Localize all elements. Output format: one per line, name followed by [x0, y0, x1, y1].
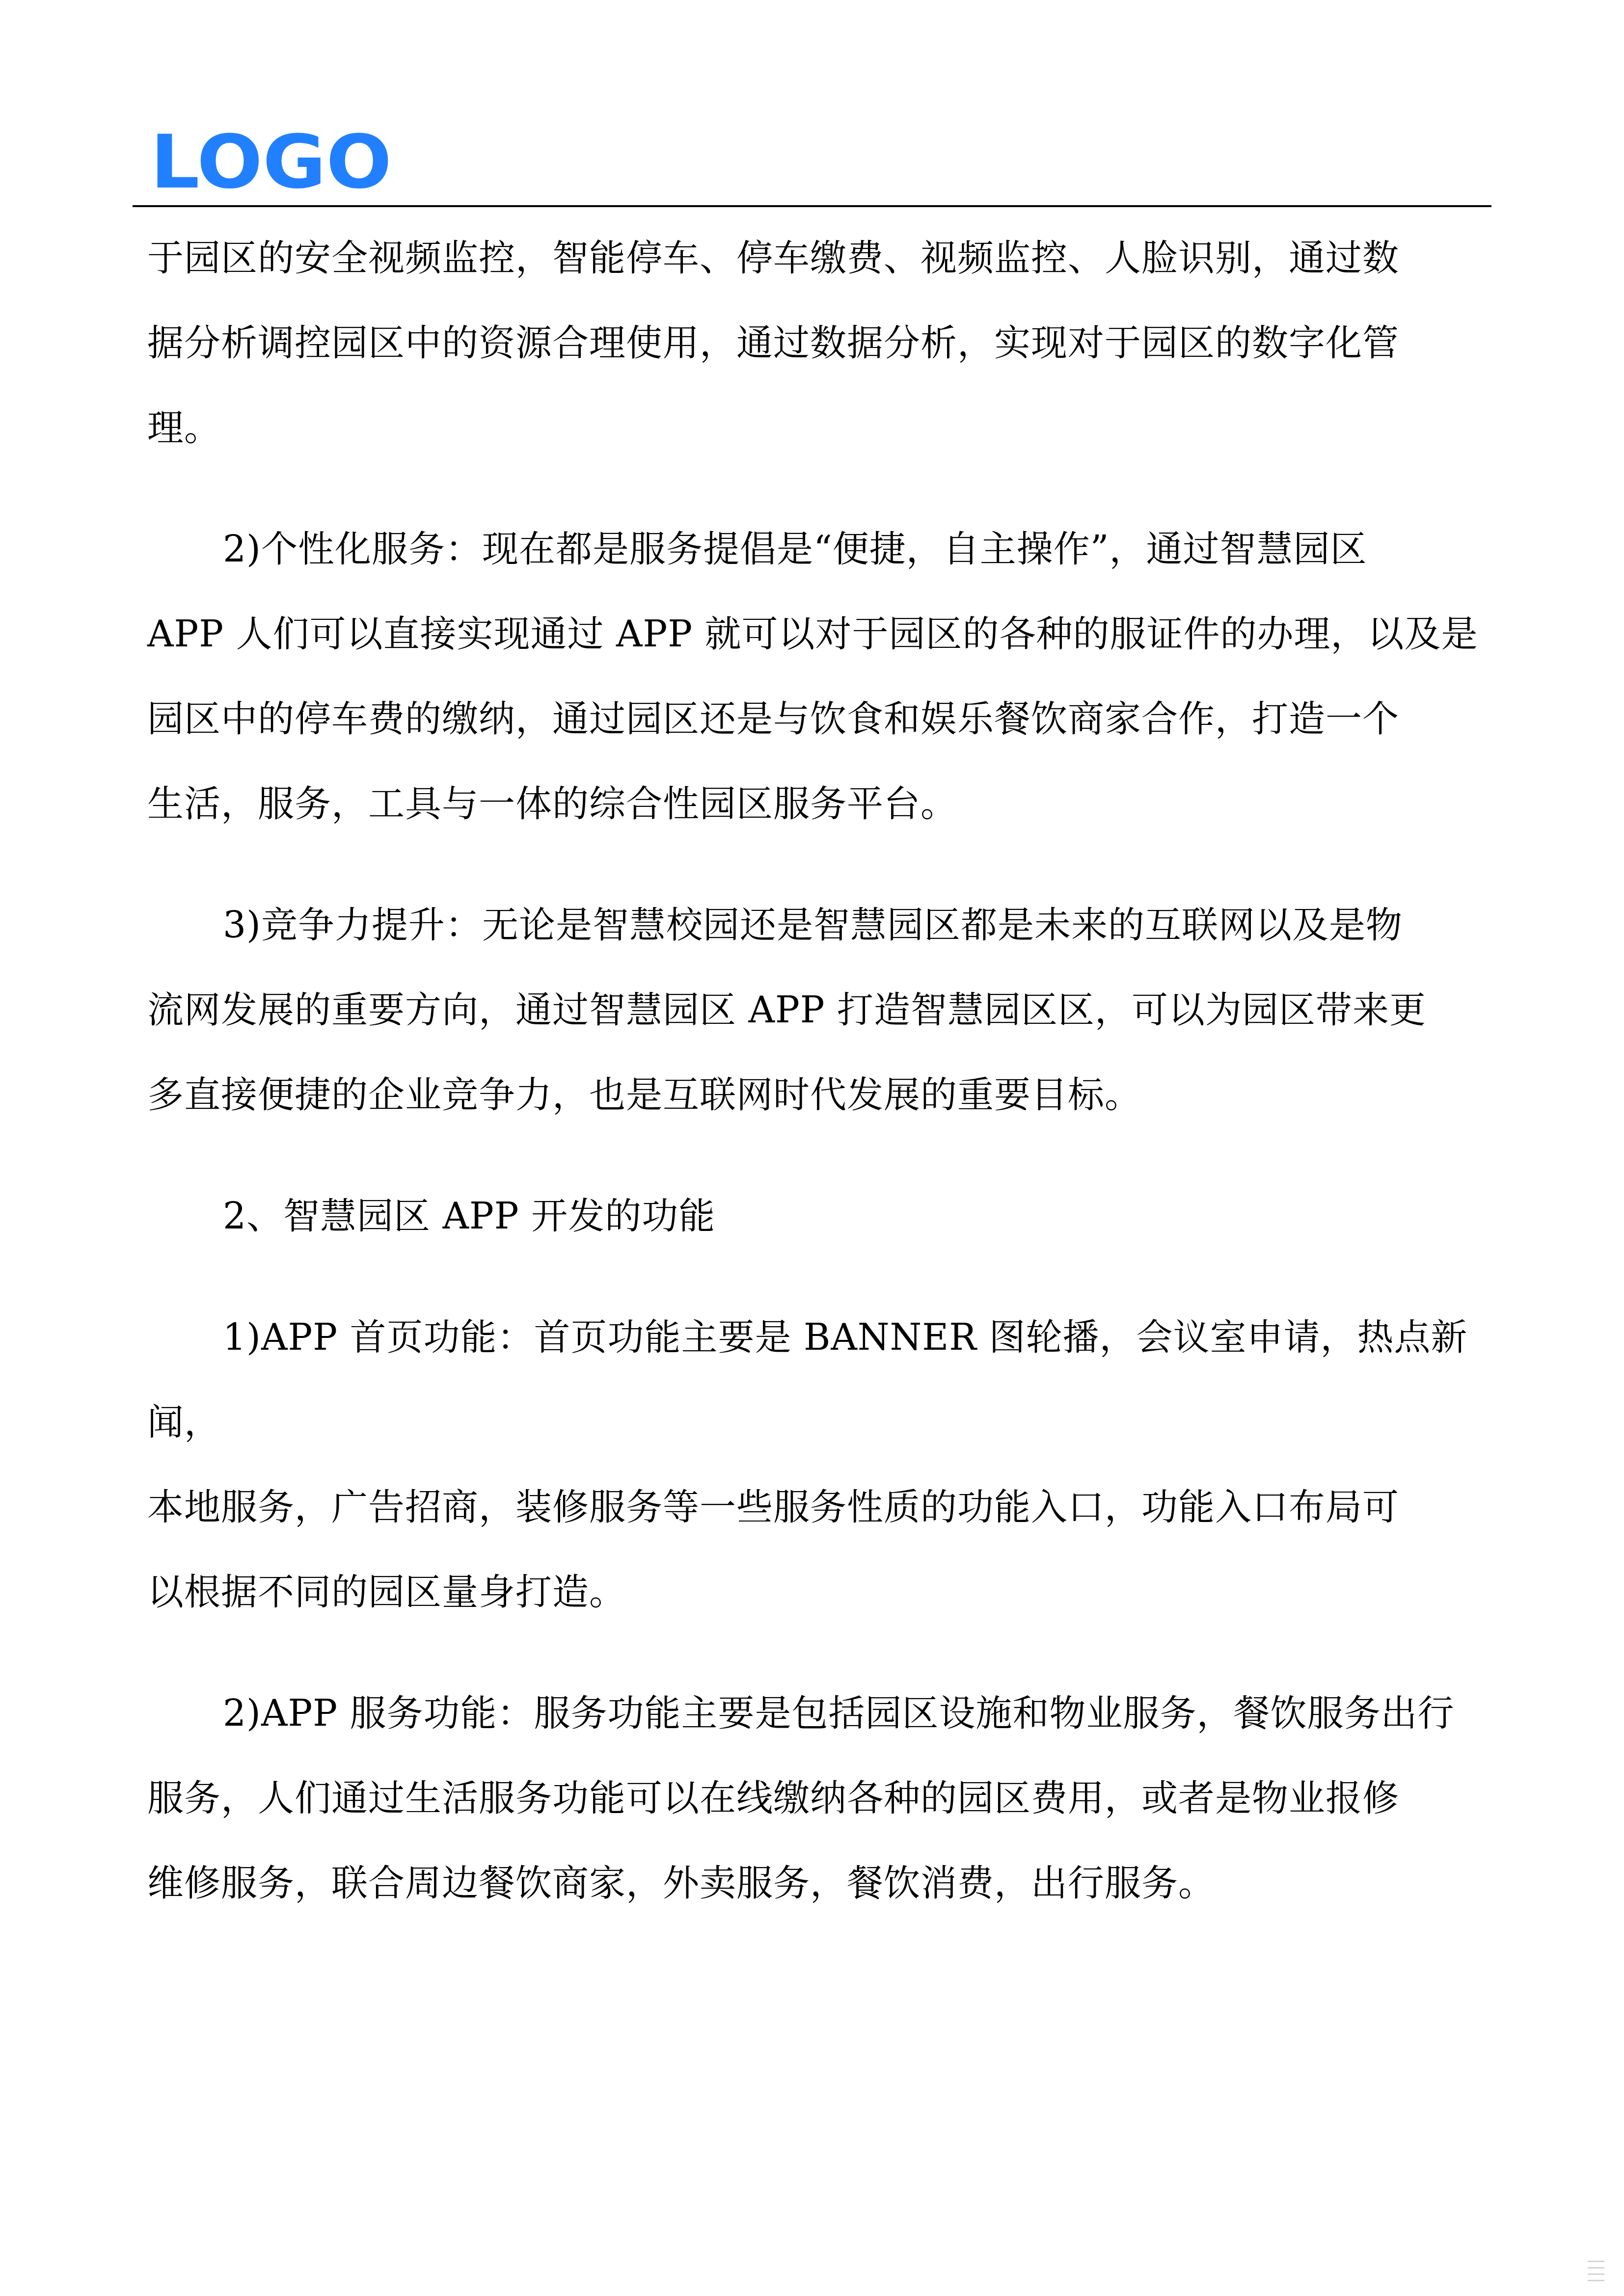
page-corner-mark-icon [1588, 2261, 1604, 2281]
logo: LOGO [156, 135, 386, 189]
text-line: 服务，人们通过生活服务功能可以在线缴纳各种的园区费用，或者是物业报修 [147, 1777, 1399, 1819]
paragraph-competitiveness: 3)竞争力提升：无论是智慧校园还是智慧园区都是未来的互联网以及是物 流网发展的重… [147, 883, 1483, 1138]
logo-text: LOGO [150, 135, 392, 189]
section-heading-app-functions: 2、智慧园区 APP 开发的功能 [147, 1174, 1483, 1259]
text-line: 2)个性化服务：现在都是服务提倡是“便捷，自主操作”，通过智慧园区 [147, 528, 1367, 570]
text-line: 以根据不同的园区量身打造。 [147, 1571, 626, 1613]
text-line: 生活，服务，工具与一体的综合性园区服务平台。 [147, 783, 957, 825]
text-line: APP 人们可以直接实现通过 APP 就可以对于园区的各种的服证件的办理，以及是 [147, 613, 1478, 655]
text-line: 本地服务，广告招商，装修服务等一些服务性质的功能入口，功能入口布局可 [147, 1486, 1399, 1528]
paragraph-service-function: 2)APP 服务功能：服务功能主要是包括园区设施和物业服务，餐饮服务出行 服务，… [147, 1671, 1483, 1926]
text-line: 3)竞争力提升：无论是智慧校园还是智慧园区都是未来的互联网以及是物 [147, 904, 1403, 946]
text-line: 多直接便捷的企业竞争力，也是互联网时代发展的重要目标。 [147, 1074, 1141, 1116]
text-line: 据分析调控园区中的资源合理使用，通过数据分析，实现对于园区的数字化管 [147, 322, 1399, 364]
text-line: 园区中的停车费的缴纳，通过园区还是与饮食和娱乐餐饮商家合作，打造一个 [147, 698, 1399, 740]
text-line: 理。 [147, 407, 221, 449]
text-line: 2)APP 服务功能：服务功能主要是包括园区设施和物业服务，餐饮服务出行 [147, 1692, 1455, 1735]
document-body: 于园区的安全视频监控，智能停车、停车缴费、视频监控、人脸识别，通过数 据分析调控… [147, 216, 1483, 1926]
text-line: 流网发展的重要方向，通过智慧园区 APP 打造智慧园区区，可以为园区带来更 [147, 989, 1426, 1031]
paragraph-personalized-service: 2)个性化服务：现在都是服务提倡是“便捷，自主操作”，通过智慧园区 APP 人们… [147, 507, 1483, 847]
text-line: 维修服务，联合周边餐饮商家，外卖服务，餐饮消费，出行服务。 [147, 1862, 1215, 1904]
paragraph-home-function: 1)APP 首页功能：首页功能主要是 BANNER 图轮播，会议室申请，热点新闻… [147, 1295, 1483, 1635]
text-line: 1)APP 首页功能：首页功能主要是 BANNER 图轮播，会议室申请，热点新闻… [147, 1316, 1468, 1443]
header-divider [133, 205, 1491, 207]
text-line: 于园区的安全视频监控，智能停车、停车缴费、视频监控、人脸识别，通过数 [147, 237, 1399, 279]
heading-text: 2、智慧园区 APP 开发的功能 [147, 1195, 715, 1237]
paragraph-park-monitoring: 于园区的安全视频监控，智能停车、停车缴费、视频监控、人脸识别，通过数 据分析调控… [147, 216, 1483, 471]
